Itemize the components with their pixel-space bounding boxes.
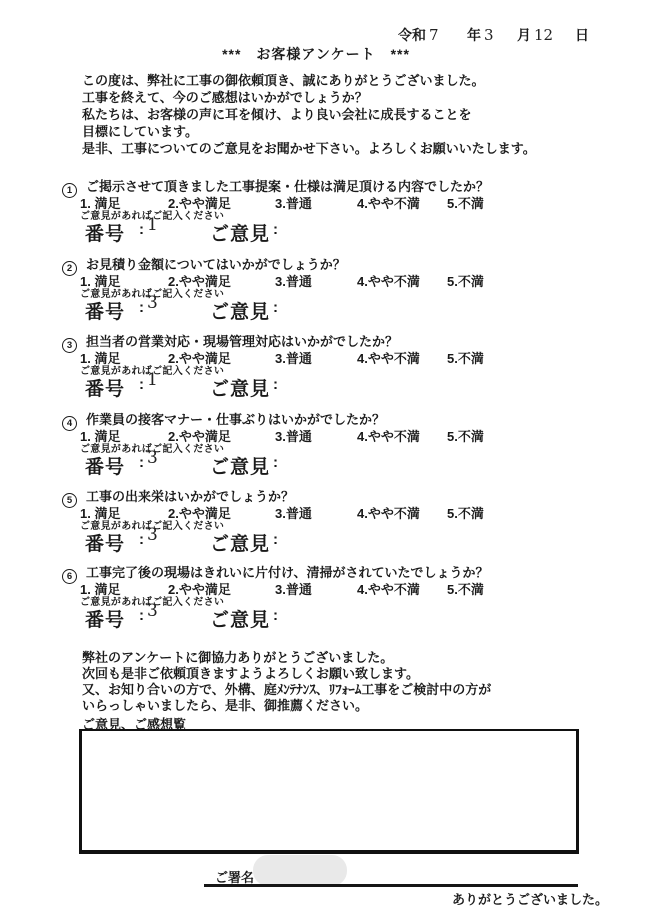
intro-line: 目標にしています。 (82, 123, 536, 140)
thanks-text: ありがとうございました。 (452, 889, 608, 908)
answer-number-label: 番号 (85, 374, 125, 401)
question-block-2: 2お見積り金額についてはいかがでしょうか？ 1. 満足 2.やや満足 3.普通 … (62, 254, 642, 331)
page-title: *** お客様アンケート *** (0, 44, 632, 64)
rating-option: 5.不満 (447, 503, 484, 522)
year-label: 年 (467, 27, 481, 43)
intro-line: この度は、弊社に工事の御依頼頂き、誠にありがとうございました。 (82, 72, 536, 89)
closing-line: 又、お知り合いの方で、外構、庭ﾒﾝﾃﾅﾝｽ、ﾘﾌｫｰﾑ工事をご検討中の方が (82, 682, 491, 698)
rating-options-row: 1. 満足 2.やや満足 3.普通 4.やや不満 5.不満 (62, 579, 642, 594)
month-label: 月 (517, 27, 531, 43)
month-value: 3 (484, 26, 494, 44)
colon: : (273, 454, 278, 471)
answer-number-label: 番号 (85, 219, 125, 246)
rating-option: 4.やや不満 (357, 503, 420, 522)
rating-option: 3.普通 (275, 348, 312, 367)
closing-line: いらっしゃいましたら、是非、御推薦ください。 (82, 698, 491, 714)
answer-number-value: 3 (147, 448, 158, 468)
answer-number-value: 3 (147, 293, 158, 313)
colon: : (139, 221, 144, 238)
question-text: 工事完了後の現場はきれいに片付け、清掃がされていたでしょうか？ (86, 565, 488, 580)
rating-option: 3.普通 (275, 271, 312, 290)
question-text: ご掲示させて頂きました工事提案・仕様は満足頂ける内容でしたか？ (86, 179, 489, 194)
rating-option: 4.やや不満 (357, 579, 420, 598)
scanned-survey-document: 令和7 年3 月12 日 *** お客様アンケート *** この度は、弊社に工事… (0, 0, 666, 919)
rating-option: 5.不満 (447, 193, 484, 212)
comment-label: ご意見 (210, 452, 270, 479)
answer-number-value: 1 (147, 370, 158, 390)
rating-option: 4.やや不満 (357, 271, 420, 290)
colon: : (273, 607, 278, 624)
date-era-group: 令和7 (398, 25, 439, 45)
comment-label: ご意見 (210, 605, 270, 632)
day-label: 日 (575, 27, 589, 43)
rating-options-row: 1. 満足 2.やや満足 3.普通 4.やや不満 5.不満 (62, 503, 642, 518)
colon: : (139, 299, 144, 316)
question-block-5: 5工事の出来栄はいかがでしょうか？ 1. 満足 2.やや満足 3.普通 4.やや… (62, 486, 642, 563)
question-block-3: 3担当者の営業対応・現場管理対応はいかがでしたか？ 1. 満足 2.やや満足 3… (62, 331, 642, 408)
comment-box (79, 729, 579, 854)
colon: : (139, 376, 144, 393)
era-label: 令和 (398, 27, 426, 43)
comment-label: ご意見 (210, 374, 270, 401)
question-text: 工事の出来栄はいかがでしょうか？ (86, 489, 294, 504)
date-day-group: 日 (575, 25, 589, 45)
rating-option: 3.普通 (275, 579, 312, 598)
rating-option: 5.不満 (447, 579, 484, 598)
rating-options-row: 1. 満足 2.やや満足 3.普通 4.やや不満 5.不満 (62, 271, 642, 286)
answer-number-label: 番号 (85, 452, 125, 479)
answer-number-value: 3 (147, 601, 158, 621)
rating-option: 3.普通 (275, 193, 312, 212)
intro-line: 工事を終えて、今のご感想はいかがでしょうか？ (82, 89, 536, 106)
date-month-group: 月12 (517, 25, 553, 45)
closing-paragraph: 弊社のアンケートに御協力ありがとうございました。 次回も是非ご依頼頂きますようよ… (82, 650, 491, 714)
rating-option: 4.やや不満 (357, 193, 420, 212)
comment-label: ご意見 (210, 297, 270, 324)
colon: : (273, 221, 278, 238)
date-year-group: 年3 (467, 25, 494, 45)
year-value: 7 (429, 26, 439, 44)
rating-options-row: 1. 満足 2.やや満足 3.普通 4.やや不満 5.不満 (62, 426, 642, 441)
rating-option: 3.普通 (275, 503, 312, 522)
question-block-4: 4作業員の接客マナー・仕事ぶりはいかがでしたか？ 1. 満足 2.やや満足 3.… (62, 409, 642, 486)
signature-redaction (253, 855, 347, 886)
intro-line: 私たちは、お客様の声に耳を傾け、より良い会社に成長することを (82, 106, 536, 123)
date-line: 令和7 年3 月12 日 (0, 25, 666, 45)
question-block-6: 6工事完了後の現場はきれいに片付け、清掃がされていたでしょうか？ 1. 満足 2… (62, 562, 642, 639)
signature-line (204, 884, 578, 887)
colon: : (139, 531, 144, 548)
rating-option: 5.不満 (447, 348, 484, 367)
day-value: 12 (534, 26, 553, 44)
colon: : (139, 607, 144, 624)
closing-line: 弊社のアンケートに御協力ありがとうございました。 (82, 650, 491, 666)
comment-label: ご意見 (210, 529, 270, 556)
colon: : (139, 454, 144, 471)
answer-number-value: 1 (147, 215, 158, 235)
question-text: 担当者の営業対応・現場管理対応はいかがでしたか？ (86, 334, 398, 349)
rating-option: 4.やや不満 (357, 348, 420, 367)
colon: : (273, 531, 278, 548)
rating-option: 5.不満 (447, 271, 484, 290)
rating-options-row: 1. 満足 2.やや満足 3.普通 4.やや不満 5.不満 (62, 193, 642, 208)
comment-label: ご意見 (210, 219, 270, 246)
intro-line: 是非、工事についてのご意見をお聞かせ下さい。よろしくお願いいたします。 (82, 140, 536, 157)
colon: : (273, 376, 278, 393)
rating-options-row: 1. 満足 2.やや満足 3.普通 4.やや不満 5.不満 (62, 348, 642, 363)
intro-paragraph: この度は、弊社に工事の御依頼頂き、誠にありがとうございました。 工事を終えて、今… (82, 72, 536, 157)
answer-number-value: 3 (147, 525, 158, 545)
question-text: お見積り金額についてはいかがでしょうか？ (86, 257, 346, 272)
closing-line: 次回も是非ご依頼頂きますようよろしくお願い致します。 (82, 666, 491, 682)
answer-number-label: 番号 (85, 529, 125, 556)
rating-option: 3.普通 (275, 426, 312, 445)
rating-option: 5.不満 (447, 426, 484, 445)
question-block-1: 1ご掲示させて頂きました工事提案・仕様は満足頂ける内容でしたか？ 1. 満足 2… (62, 176, 642, 253)
answer-number-label: 番号 (85, 605, 125, 632)
answer-number-label: 番号 (85, 297, 125, 324)
question-text: 作業員の接客マナー・仕事ぶりはいかがでしたか？ (86, 412, 385, 427)
rating-option: 4.やや不満 (357, 426, 420, 445)
colon: : (273, 299, 278, 316)
